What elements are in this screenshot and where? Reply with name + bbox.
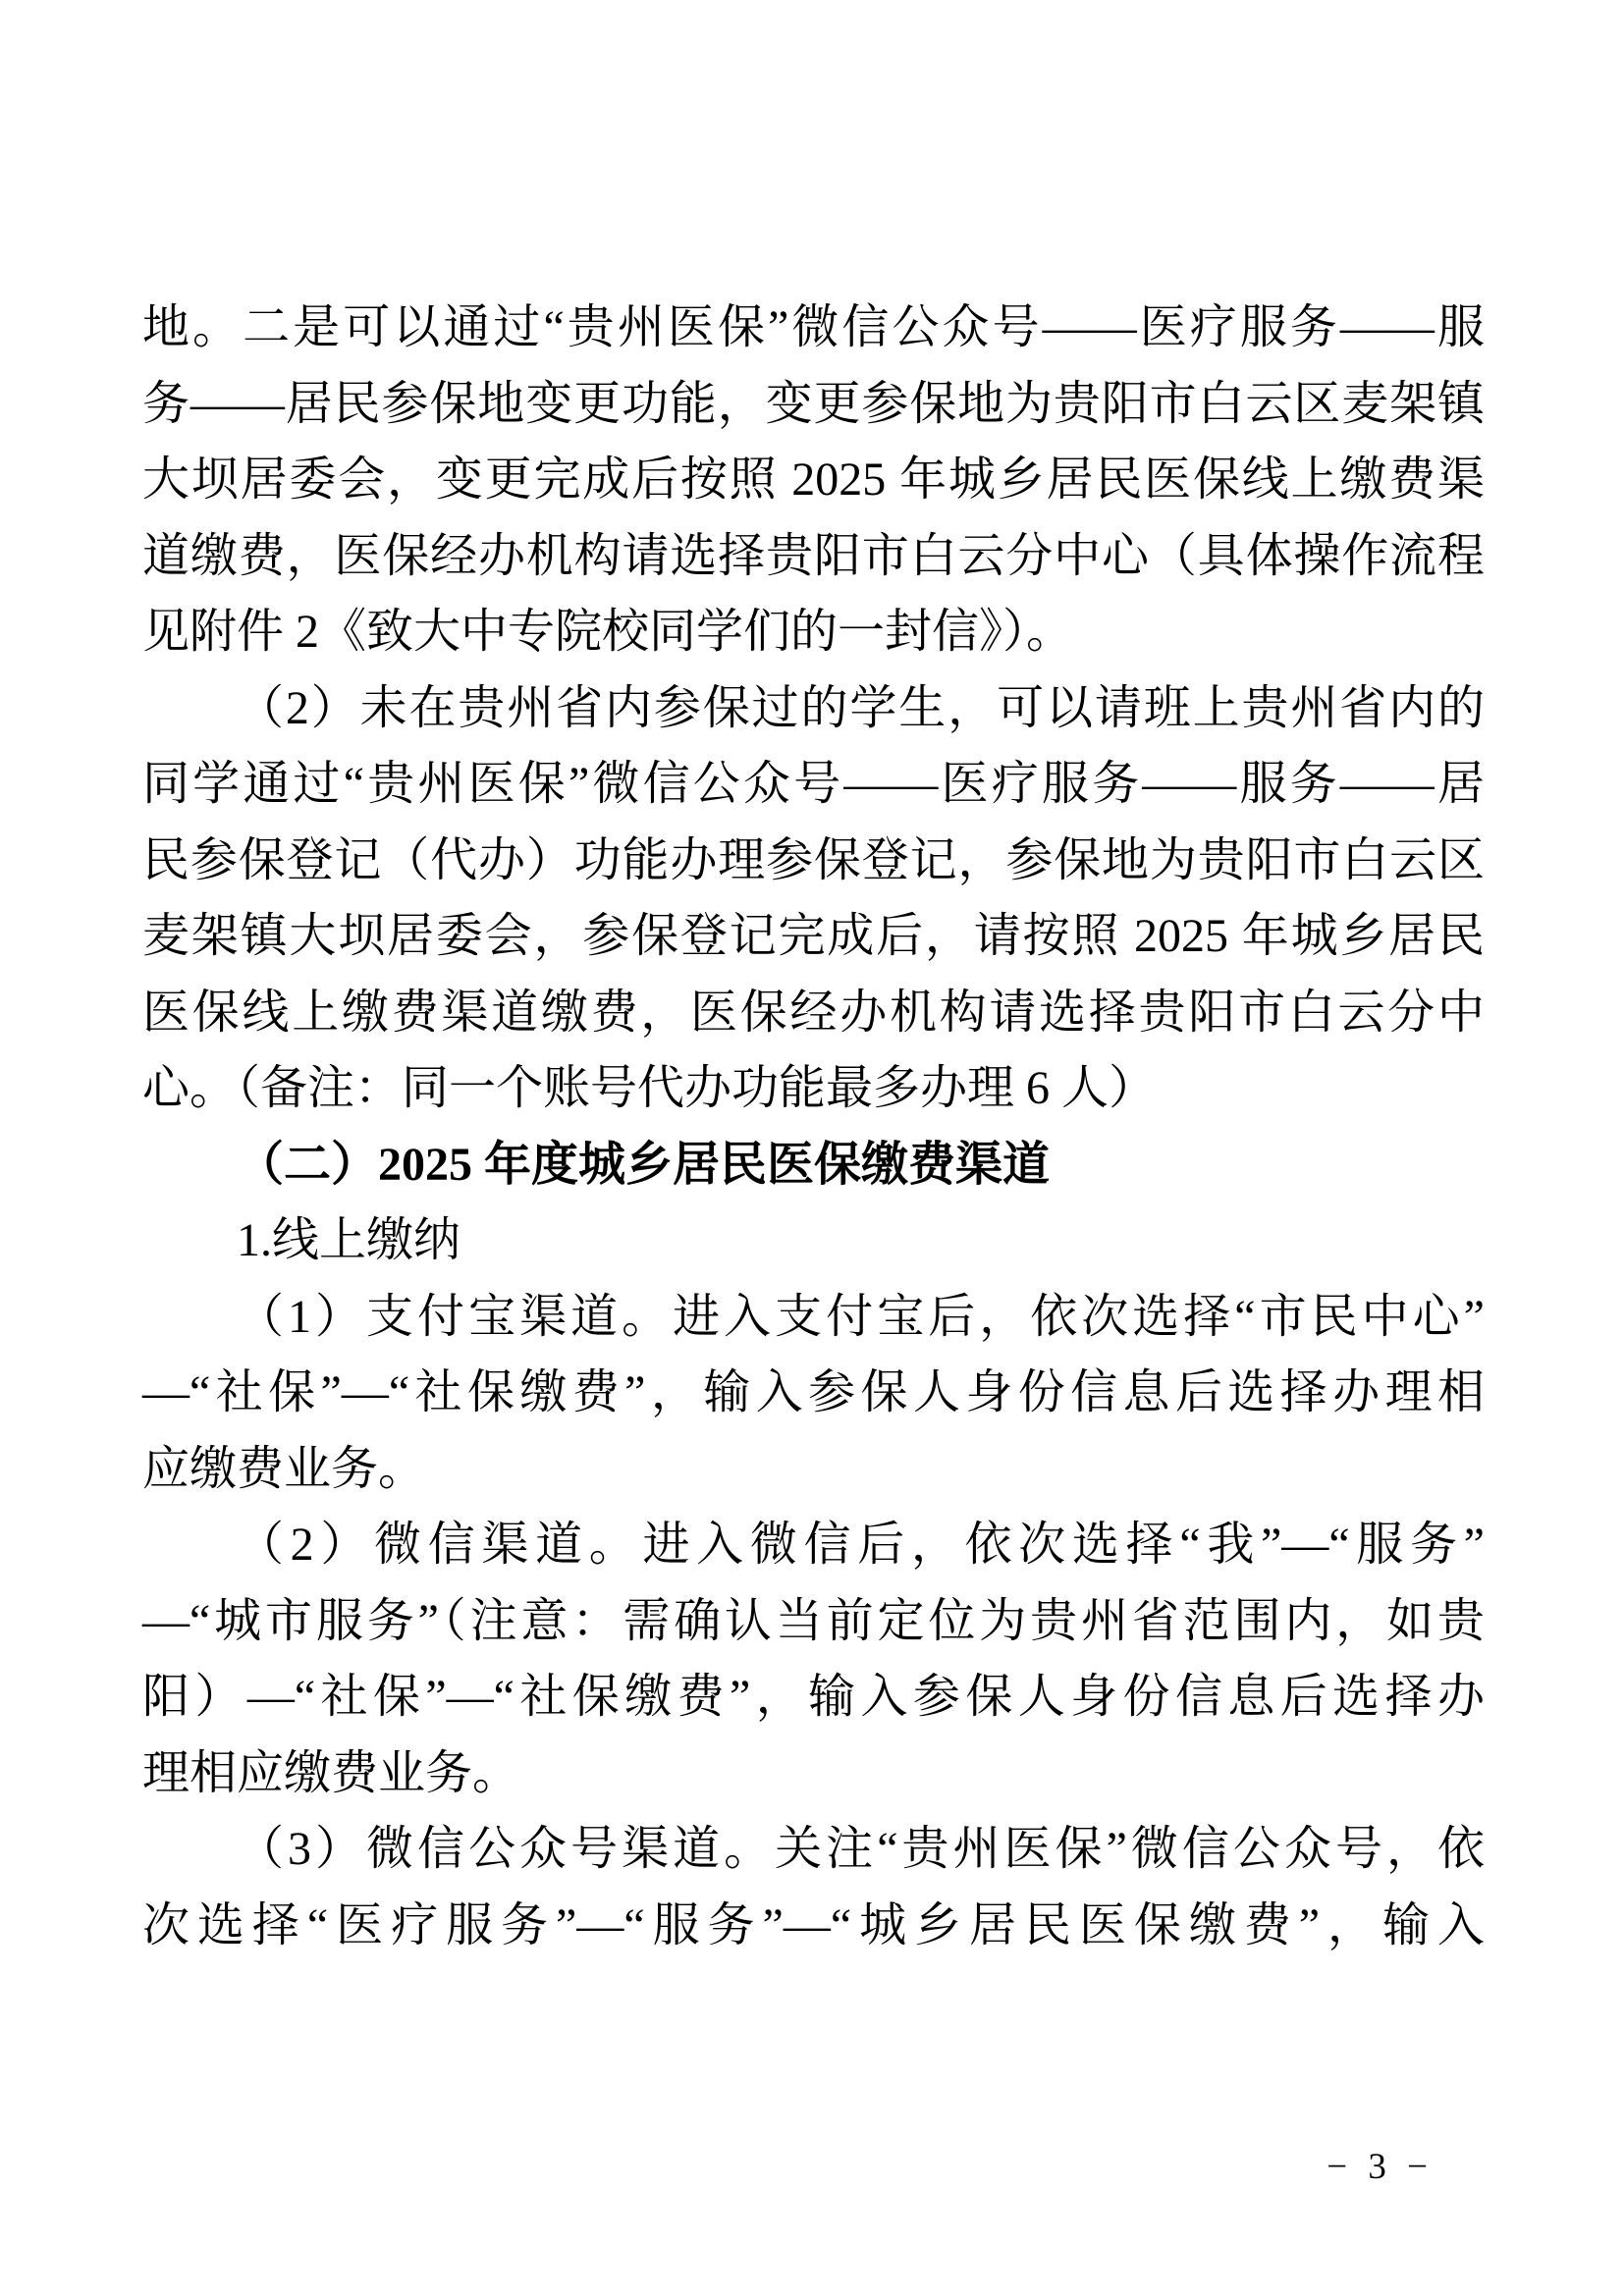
subsection-heading-online-payment: 1.线上缴纳 <box>142 1202 1485 1279</box>
text-line: 心。（备注：同一个账号代办功能最多办理 6 人） <box>142 1050 1485 1127</box>
paragraph-register-by-proxy: （2）未在贵州省内参保过的学生，可以请班上贵州省内的 同学通过“贵州医保”微信公… <box>142 670 1485 1127</box>
text-line: 见附件 2《致大中专院校同学们的一封信》）。 <box>142 594 1485 670</box>
text-line: 务——居民参保地变更功能，变更参保地为贵阳市白云区麦架镇 <box>142 366 1485 443</box>
text-line: 大坝居委会，变更完成后按照 2025 年城乡居民医保线上缴费渠 <box>142 442 1485 518</box>
text-line: 医保线上缴费渠道缴费，医保经办机构请选择贵阳市白云分中 <box>142 975 1485 1051</box>
text-line: 理相应缴费业务。 <box>142 1735 1485 1812</box>
text-line: （1）支付宝渠道。进入支付宝后，依次选择“市民中心” <box>142 1279 1485 1356</box>
text-line: 次选择“医疗服务”—“服务”—“城乡居民医保缴费”，输入 <box>142 1888 1485 1964</box>
text-line: （2）未在贵州省内参保过的学生，可以请班上贵州省内的 <box>142 670 1485 747</box>
text-line: 道缴费，医保经办机构请选择贵阳市白云分中心（具体操作流程 <box>142 518 1485 595</box>
text-line: 麦架镇大坝居委会，参保登记完成后，请按照 2025 年城乡居民 <box>142 898 1485 975</box>
section-heading-payment-channels: （二）2025 年度城乡居民医保缴费渠道 <box>142 1127 1485 1203</box>
text-line: 民参保登记（代办）功能办理参保登记，参保地为贵阳市白云区 <box>142 823 1485 899</box>
text-line: （2）微信渠道。进入微信后，依次选择“我”—“服务” <box>142 1507 1485 1583</box>
document-page: 地。二是可以通过“贵州医保”微信公众号——医疗服务——服 务——居民参保地变更功… <box>0 0 1624 2296</box>
text-line: （3）微信公众号渠道。关注“贵州医保”微信公众号，依 <box>142 1811 1485 1888</box>
section-heading: （二）2025 年度城乡居民医保缴费渠道 <box>142 1127 1485 1203</box>
text-line: 地。二是可以通过“贵州医保”微信公众号——医疗服务——服 <box>142 290 1485 366</box>
text-line: 阳）—“社保”—“社保缴费”，输入参保人身份信息后选择办 <box>142 1659 1485 1735</box>
paragraph-wechat-channel: （2）微信渠道。进入微信后，依次选择“我”—“服务” —“城市服务”（注意：需确… <box>142 1507 1485 1811</box>
text-line: 同学通过“贵州医保”微信公众号——医疗服务——服务——居 <box>142 746 1485 823</box>
paragraph-change-insured-place: 地。二是可以通过“贵州医保”微信公众号——医疗服务——服 务——居民参保地变更功… <box>142 290 1485 670</box>
text-line: —“城市服务”（注意：需确认当前定位为贵州省范围内，如贵 <box>142 1583 1485 1660</box>
subsection-heading: 1.线上缴纳 <box>142 1202 1485 1279</box>
paragraph-alipay-channel: （1）支付宝渠道。进入支付宝后，依次选择“市民中心” —“社保”—“社保缴费”，… <box>142 1279 1485 1508</box>
document-body: 地。二是可以通过“贵州医保”微信公众号——医疗服务——服 务——居民参保地变更功… <box>142 290 1485 1963</box>
text-line: —“社保”—“社保缴费”，输入参保人身份信息后选择办理相 <box>142 1355 1485 1431</box>
page-number: − 3 − <box>1326 2146 1434 2188</box>
text-line: 应缴费业务。 <box>142 1431 1485 1508</box>
paragraph-wechat-official-account-channel: （3）微信公众号渠道。关注“贵州医保”微信公众号，依 次选择“医疗服务”—“服务… <box>142 1811 1485 1963</box>
